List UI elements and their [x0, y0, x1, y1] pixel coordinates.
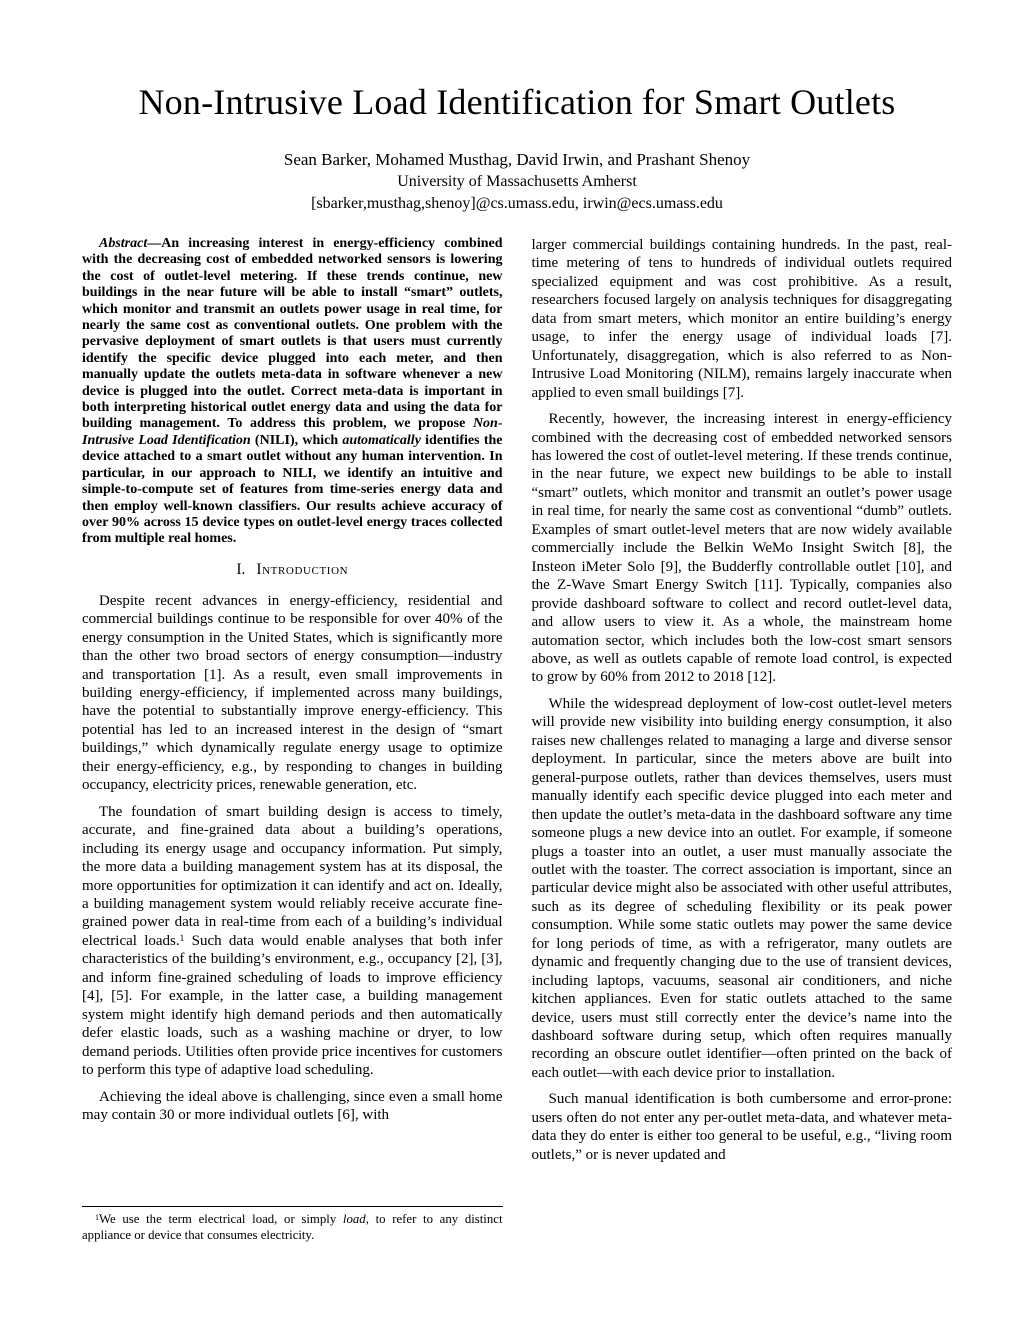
authors-block: Sean Barker, Mohamed Musthag, David Irwi… — [82, 149, 952, 215]
intro-paragraph-7: Such manual identification is both cumbe… — [532, 1090, 953, 1164]
paper-affiliation: University of Massachusetts Amherst — [82, 171, 952, 193]
section-title: Introduction — [256, 561, 348, 578]
abstract-paragraph: Abstract—An increasing interest in energ… — [82, 236, 503, 548]
intro-paragraph-1: Despite recent advances in energy-effici… — [82, 592, 503, 795]
footnote-text: 1We use the term electrical load, or sim… — [82, 1212, 503, 1244]
title-block: Non-Intrusive Load Identification for Sm… — [82, 80, 952, 215]
paper-emails: [sbarker,musthag,shenoy]@cs.umass.edu, i… — [82, 193, 952, 215]
left-column: Abstract—An increasing interest in energ… — [82, 236, 503, 1244]
section-heading-introduction: I.Introduction — [82, 561, 503, 579]
paper-page: Non-Intrusive Load Identification for Sm… — [0, 0, 1024, 1324]
footnote-block: 1We use the term electrical load, or sim… — [82, 1206, 503, 1244]
intro-paragraph-4: larger commercial buildings containing h… — [532, 236, 953, 402]
intro-paragraph-2: The foundation of smart building design … — [82, 803, 503, 1080]
section-number: I. — [236, 561, 245, 578]
intro-paragraph-3: Achieving the ideal above is challenging… — [82, 1088, 503, 1125]
intro-paragraph-5: Recently, however, the increasing intere… — [532, 410, 953, 687]
paper-title: Non-Intrusive Load Identification for Sm… — [82, 80, 952, 124]
footnote-rule — [82, 1206, 503, 1207]
paper-authors: Sean Barker, Mohamed Musthag, David Irwi… — [82, 149, 952, 171]
two-column-body: Abstract—An increasing interest in energ… — [82, 236, 952, 1244]
intro-paragraph-6: While the widespread deployment of low-c… — [532, 695, 953, 1083]
right-column: larger commercial buildings containing h… — [532, 236, 953, 1244]
